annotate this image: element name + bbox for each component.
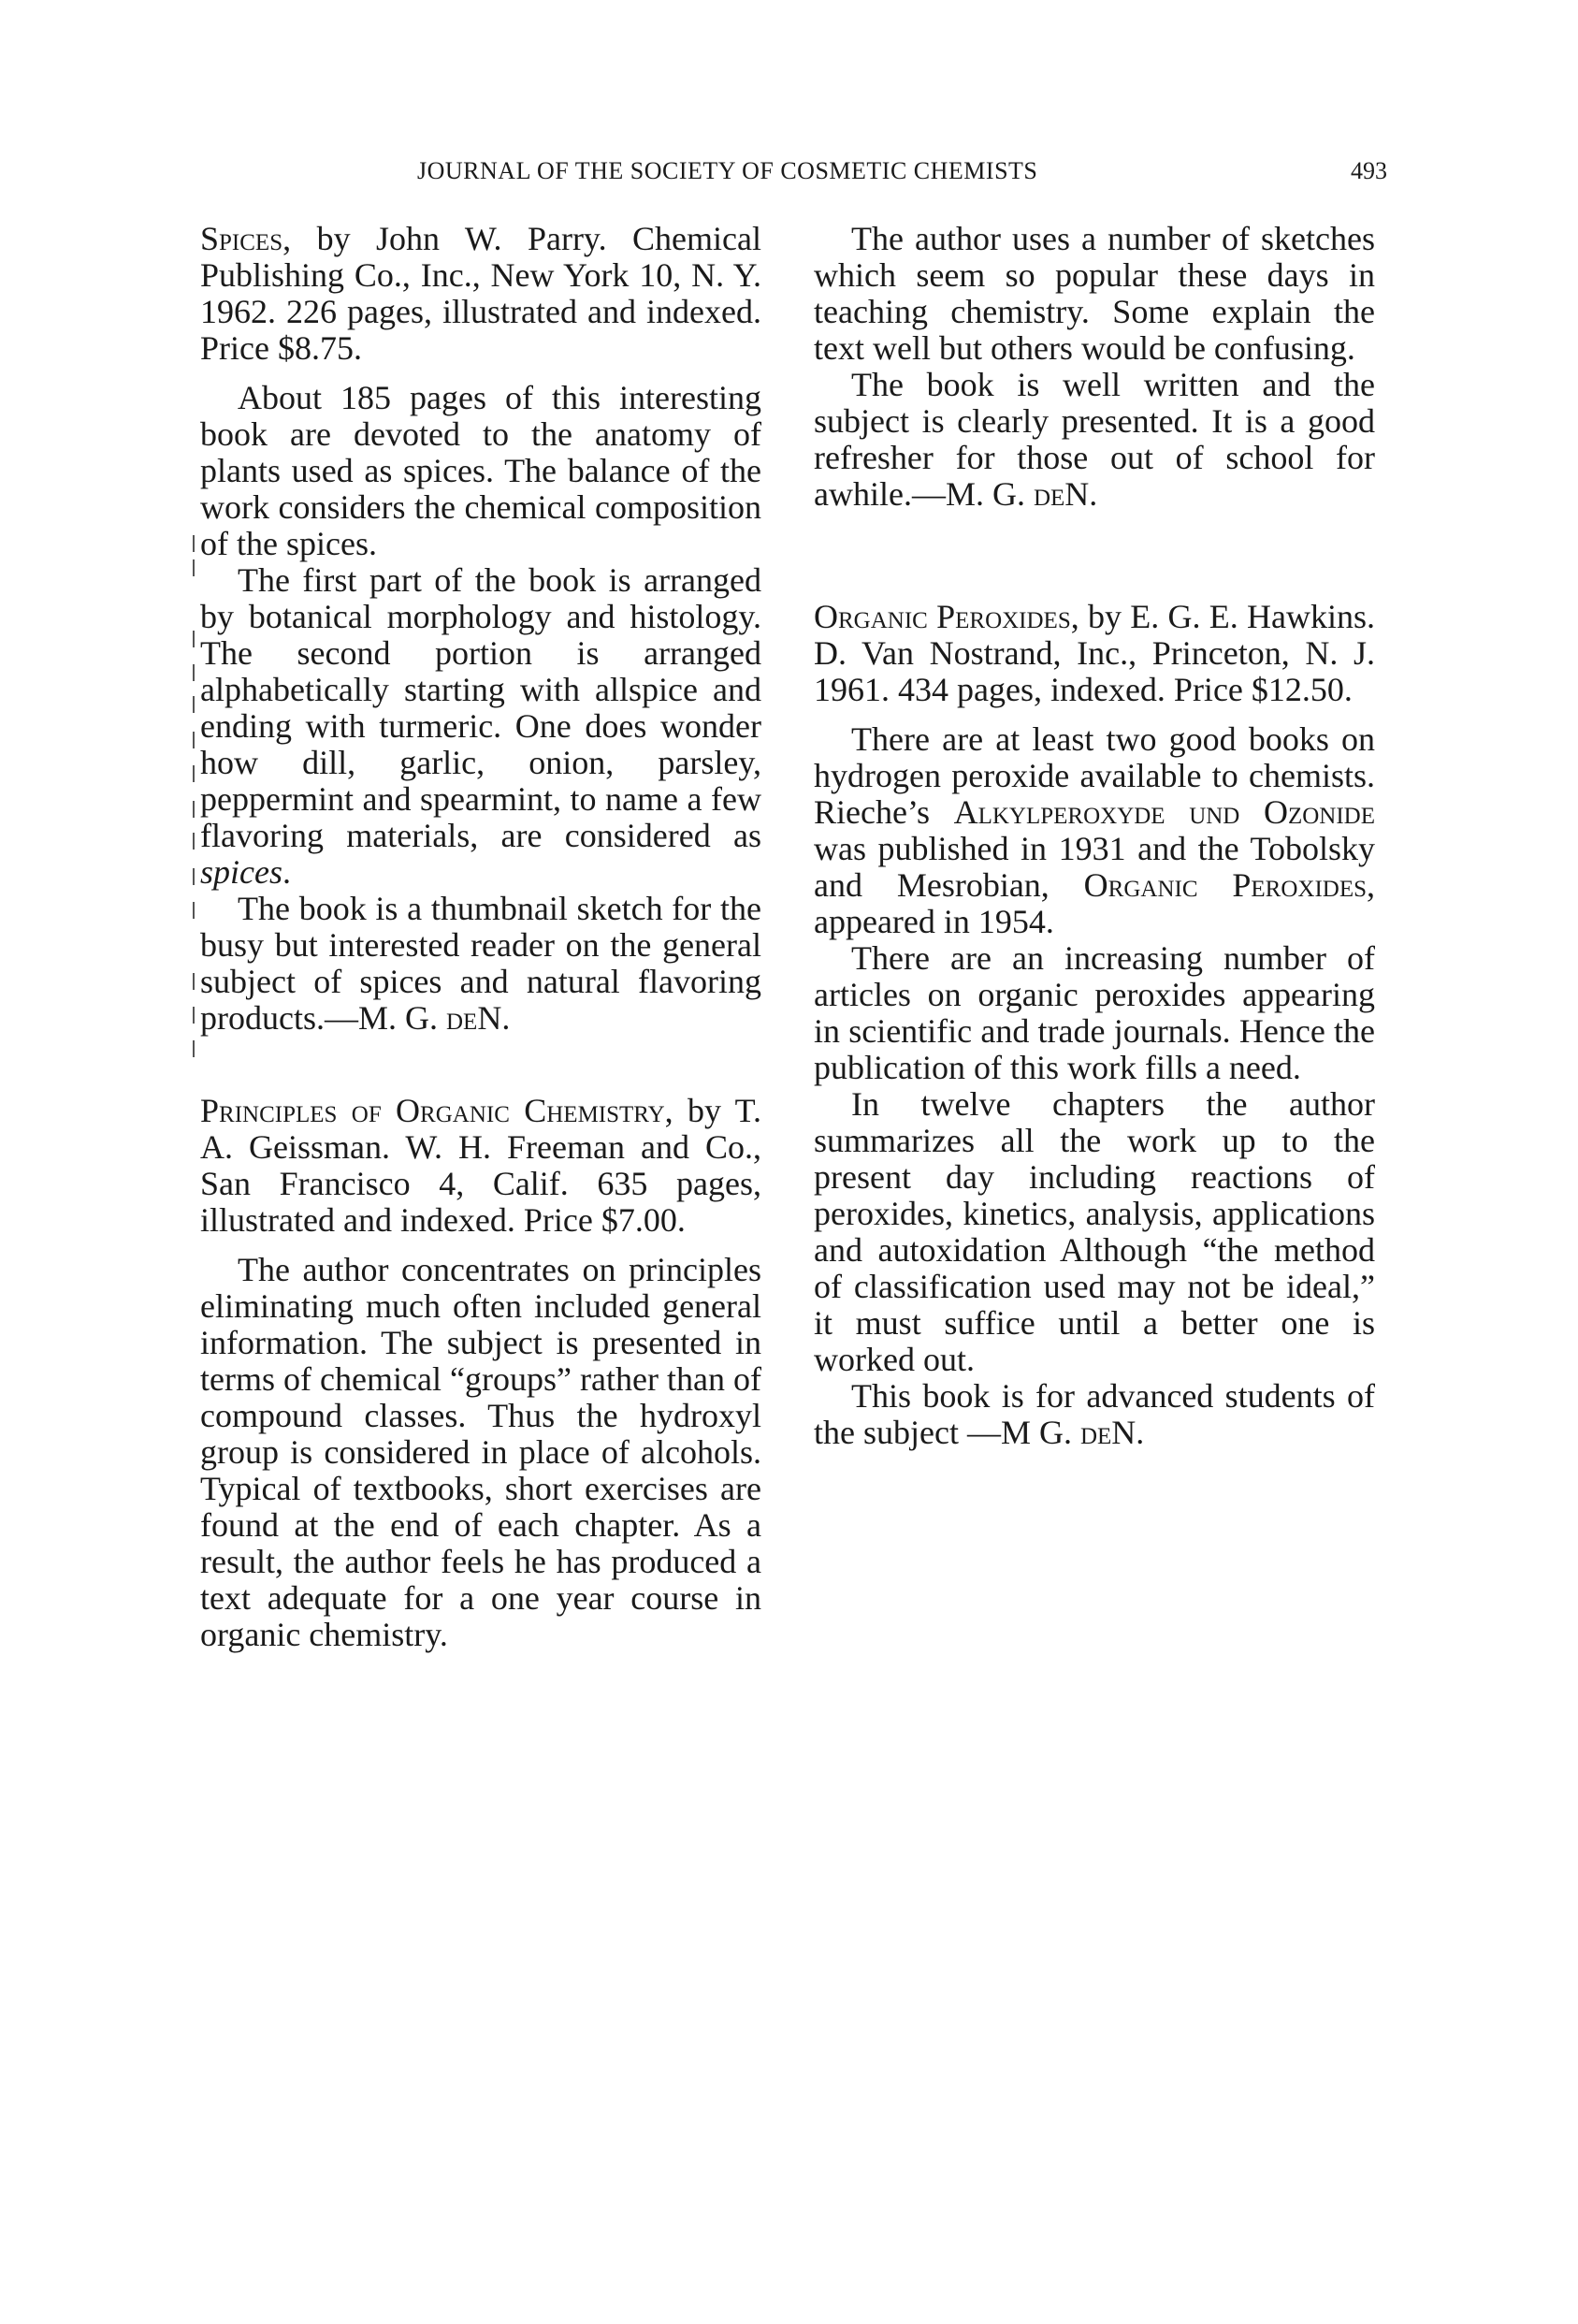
- review-paragraph: The first part of the book is arranged b…: [200, 562, 761, 891]
- review-paragraph: About 185 pages of this interesting book…: [200, 380, 761, 562]
- right-column: The author uses a number of sketches whi…: [814, 221, 1375, 1451]
- cited-title: Alkylperoxyde und Ozonide: [954, 793, 1375, 831]
- review-organic-peroxides: Organic Peroxides, by E. G. E. Hawkins. …: [814, 599, 1375, 1451]
- review-paragraph: This book is for advanced students of th…: [814, 1378, 1375, 1451]
- review-citation: Spices, by John W. Parry. Chemical Publi…: [200, 221, 761, 367]
- left-column: Spices, by John W. Parry. Chemical Publi…: [200, 221, 761, 1653]
- review-principles-organic-chemistry: Principles of Organic Chemistry, by T. A…: [200, 1093, 761, 1653]
- reviewer-signature: deN.: [1080, 1414, 1144, 1451]
- review-citation: Principles of Organic Chemistry, by T. A…: [200, 1093, 761, 1239]
- page-number: 493: [1351, 157, 1387, 185]
- book-title: Organic Peroxides: [814, 598, 1071, 635]
- review-spices: Spices, by John W. Parry. Chemical Publi…: [200, 221, 761, 1037]
- cited-title: Organic Peroxides: [1084, 866, 1367, 904]
- book-title: Principles of Organic Chemistry: [200, 1092, 665, 1129]
- review-paragraph: The author concentrates on principles el…: [200, 1252, 761, 1653]
- review-paragraph: The author uses a number of sketches whi…: [814, 221, 1375, 367]
- italic-term: spices: [200, 853, 282, 891]
- review-paragraph: There are at least two good books on hyd…: [814, 721, 1375, 940]
- review-citation: Organic Peroxides, by E. G. E. Hawkins. …: [814, 599, 1375, 708]
- reviewer-signature: deN.: [1034, 475, 1097, 513]
- book-title: Spices: [200, 220, 282, 257]
- review-paragraph: The book is well written and the subject…: [814, 367, 1375, 513]
- reviewer-signature: deN.: [446, 999, 510, 1037]
- margin-scan-marks: [193, 524, 196, 1057]
- running-head: JOURNAL OF THE SOCIETY OF COSMETIC CHEMI…: [417, 157, 1037, 185]
- review-paragraph: In twelve chapters the author summarizes…: [814, 1086, 1375, 1378]
- review-paragraph: There are an increasing number of articl…: [814, 940, 1375, 1086]
- review-paragraph: The book is a thumbnail sketch for the b…: [200, 891, 761, 1037]
